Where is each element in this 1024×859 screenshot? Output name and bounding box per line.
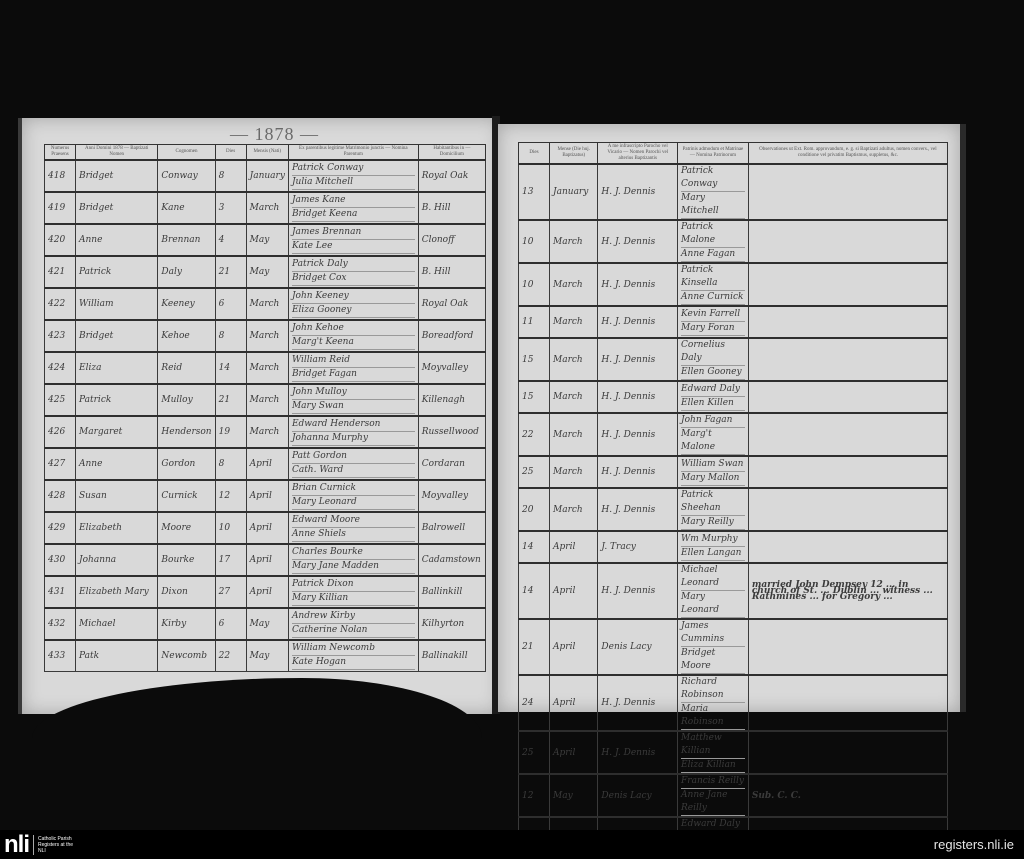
officiating-priest: J. Tracy [598, 531, 678, 563]
birth-month: April [246, 544, 288, 576]
surname: Newcomb [158, 640, 215, 672]
abode: Moyvalley [418, 480, 485, 512]
right-page: DiesMense (Die huj. Baptizatus)A me infr… [498, 124, 966, 712]
parents-names: Edward HendersonJohanna Murphy [288, 416, 418, 448]
godmother-name: Ellen Killen [681, 397, 745, 411]
entry-number: 421 [45, 256, 76, 288]
column-header: Anni Domini 1878 — Baptizati Nomen [76, 145, 158, 161]
abode: B. Hill [418, 192, 485, 224]
mother-name: Eliza Gooney [292, 304, 415, 318]
table-row: 13JanuaryH. J. DennisPatrick ConwayMary … [519, 164, 948, 220]
birth-month: May [246, 640, 288, 672]
sponsors-names: Edward DalyEllen Killen [678, 381, 749, 413]
sponsors-names: Patrick ConwayMary Mitchell [678, 164, 749, 220]
observations [748, 488, 947, 531]
sponsors-names: Patrick KinsellaAnne Curnick [678, 263, 749, 306]
mother-name: Catherine Nolan [292, 624, 415, 638]
table-row: 426MargaretHenderson19MarchEdward Hender… [45, 416, 486, 448]
page-shadow [32, 678, 482, 738]
baptism-day: 15 [519, 381, 550, 413]
table-row: 12MayDenis LacyFrancis ReillyAnne Jane R… [519, 774, 948, 817]
godmother-name: Anne Jane Reilly [681, 789, 745, 816]
observations [748, 263, 947, 306]
birth-month: March [246, 288, 288, 320]
abode: Cadamstown [418, 544, 485, 576]
sponsors-names: Kevin FarrellMary Foran [678, 306, 749, 338]
mother-name: Cath. Ward [292, 464, 415, 478]
table-row: 430JohannaBourke17AprilCharles BourkeMar… [45, 544, 486, 576]
parents-names: William ReidBridget Fagan [288, 352, 418, 384]
birth-day: 17 [215, 544, 246, 576]
surname: Gordon [158, 448, 215, 480]
godmother-name: Ellen Gooney [681, 366, 745, 380]
observations [748, 531, 947, 563]
mother-name: Bridget Fagan [292, 368, 415, 382]
baptism-day: 21 [519, 619, 550, 675]
godfather-name: Matthew Killian [681, 732, 745, 759]
baptism-month: March [550, 413, 598, 456]
birth-month: April [246, 448, 288, 480]
godfather-name: Patrick Kinsella [681, 264, 745, 291]
surname: Kirby [158, 608, 215, 640]
entry-number: 426 [45, 416, 76, 448]
mother-name: Anne Shiels [292, 528, 415, 542]
baptism-day: 22 [519, 413, 550, 456]
child-name: William [76, 288, 158, 320]
column-header: Mensis (Nati) [246, 145, 288, 161]
child-name: Anne [76, 224, 158, 256]
baptism-month: March [550, 263, 598, 306]
table-row: 432MichaelKirby6MayAndrew KirbyCatherine… [45, 608, 486, 640]
father-name: Edward Henderson [292, 418, 415, 432]
birth-month: May [246, 608, 288, 640]
father-name: John Kehoe [292, 322, 415, 336]
godfather-name: Kevin Farrell [681, 308, 745, 322]
entry-number: 418 [45, 160, 76, 192]
baptism-day: 25 [519, 731, 550, 774]
register-book-scan: — 1878 — Numerus PraesensAnni Domini 187… [18, 116, 978, 716]
parents-names: Andrew KirbyCatherine Nolan [288, 608, 418, 640]
abode: Clonoff [418, 224, 485, 256]
mother-name: Kate Hogan [292, 656, 415, 670]
observations [748, 456, 947, 488]
table-row: 14AprilJ. TracyWm MurphyEllen Langan [519, 531, 948, 563]
sponsors-names: Matthew KillianEliza Killian [678, 731, 749, 774]
godfather-name: Wm Murphy [681, 533, 745, 547]
child-name: Patrick [76, 384, 158, 416]
birth-day: 19 [215, 416, 246, 448]
birth-day: 10 [215, 512, 246, 544]
officiating-priest: H. J. Dennis [598, 488, 678, 531]
child-name: Margaret [76, 416, 158, 448]
officiating-priest: Denis Lacy [598, 619, 678, 675]
godfather-name: John Fagan [681, 414, 745, 428]
baptism-month: April [550, 675, 598, 731]
child-name: Elizabeth [76, 512, 158, 544]
nli-logo[interactable]: nli Catholic Parish Registers at the NLI [4, 834, 78, 856]
child-name: Susan [76, 480, 158, 512]
birth-month: April [246, 480, 288, 512]
godmother-name: Eliza Killian [681, 759, 745, 773]
year-heading: — 1878 — [230, 124, 319, 145]
father-name: Patrick Dixon [292, 578, 415, 592]
sponsors-names: Patrick SheehanMary Reilly [678, 488, 749, 531]
godmother-name: Marg't Malone [681, 428, 745, 455]
abode: Russellwood [418, 416, 485, 448]
father-name: Patrick Daly [292, 258, 415, 272]
birth-month: March [246, 192, 288, 224]
table-row: 14AprilH. J. DennisMichael LeonardMary L… [519, 563, 948, 619]
child-name: Patrick [76, 256, 158, 288]
baptism-day: 13 [519, 164, 550, 220]
godmother-name: Maria Robinson [681, 703, 745, 730]
baptism-month: April [550, 531, 598, 563]
godfather-name: Cornelius Daly [681, 339, 745, 366]
table-row: 25AprilH. J. DennisMatthew KillianEliza … [519, 731, 948, 774]
birth-day: 12 [215, 480, 246, 512]
baptism-day: 12 [519, 774, 550, 817]
sponsors-names: James CumminsBridget Moore [678, 619, 749, 675]
column-header: Dies [519, 143, 550, 165]
surname: Daly [158, 256, 215, 288]
baptism-month: March [550, 306, 598, 338]
table-row: 429ElizabethMoore10AprilEdward MooreAnne… [45, 512, 486, 544]
birth-day: 22 [215, 640, 246, 672]
birth-month: March [246, 416, 288, 448]
father-name: Patrick Conway [292, 162, 415, 176]
godfather-name: Richard Robinson [681, 676, 745, 703]
entry-number: 420 [45, 224, 76, 256]
sponsors-names: Patrick MaloneAnne Fagan [678, 220, 749, 263]
father-name: James Kane [292, 194, 415, 208]
parents-names: Charles BourkeMary Jane Madden [288, 544, 418, 576]
father-name: James Brennan [292, 226, 415, 240]
abode: Moyvalley [418, 352, 485, 384]
officiating-priest: H. J. Dennis [598, 164, 678, 220]
officiating-priest: H. J. Dennis [598, 731, 678, 774]
child-name: Patk [76, 640, 158, 672]
godmother-name: Mary Foran [681, 322, 745, 336]
sponsors-names: Wm MurphyEllen Langan [678, 531, 749, 563]
sponsors-names: Cornelius DalyEllen Gooney [678, 338, 749, 381]
godfather-name: William Swan [681, 458, 745, 472]
child-name: Johanna [76, 544, 158, 576]
child-name: Michael [76, 608, 158, 640]
observations [748, 220, 947, 263]
child-name: Bridget [76, 192, 158, 224]
abode: Ballinakill [418, 640, 485, 672]
baptism-day: 14 [519, 531, 550, 563]
godmother-name: Anne Curnick [681, 291, 745, 305]
entry-number: 422 [45, 288, 76, 320]
mother-name: Julia Mitchell [292, 176, 415, 190]
nli-logo-mark: nli [4, 831, 29, 859]
table-row: 20MarchH. J. DennisPatrick SheehanMary R… [519, 488, 948, 531]
surname: Kane [158, 192, 215, 224]
entry-number: 419 [45, 192, 76, 224]
column-header: Patrinis admodum et Matrinae — Nomina Pa… [678, 143, 749, 165]
godfather-name: Patrick Malone [681, 221, 745, 248]
birth-day: 8 [215, 320, 246, 352]
entry-number: 432 [45, 608, 76, 640]
table-row: 433PatkNewcomb22MayWilliam NewcombKate H… [45, 640, 486, 672]
register-image-viewer[interactable]: — 1878 — Numerus PraesensAnni Domini 187… [0, 0, 1024, 830]
entry-number: 430 [45, 544, 76, 576]
father-name: William Reid [292, 354, 415, 368]
officiating-priest: H. J. Dennis [598, 563, 678, 619]
footer-bar: nli Catholic Parish Registers at the NLI… [0, 830, 1024, 859]
godmother-name: Mary Reilly [681, 516, 745, 530]
table-row: 11MarchH. J. DennisKevin FarrellMary For… [519, 306, 948, 338]
birth-month: March [246, 320, 288, 352]
column-header: A me infrascripto Parocho vel Vicario — … [598, 143, 678, 165]
abode: Royal Oak [418, 160, 485, 192]
table-row: 10MarchH. J. DennisPatrick KinsellaAnne … [519, 263, 948, 306]
table-row: 22MarchH. J. DennisJohn FaganMarg't Malo… [519, 413, 948, 456]
parents-names: Edward MooreAnne Shiels [288, 512, 418, 544]
table-row: 419BridgetKane3MarchJames KaneBridget Ke… [45, 192, 486, 224]
baptism-day: 10 [519, 220, 550, 263]
mother-name: Johanna Murphy [292, 432, 415, 446]
column-header: Mense (Die huj. Baptizatus) [550, 143, 598, 165]
godfather-name: Edward Daly [681, 383, 745, 397]
birth-month: April [246, 576, 288, 608]
parents-names: Patrick DalyBridget Cox [288, 256, 418, 288]
column-header: Habitantibus in — Domicilium [418, 145, 485, 161]
table-row: 25MarchH. J. DennisWilliam SwanMary Mall… [519, 456, 948, 488]
birth-day: 4 [215, 224, 246, 256]
surname: Keeney [158, 288, 215, 320]
father-name: Andrew Kirby [292, 610, 415, 624]
child-name: Elizabeth Mary [76, 576, 158, 608]
table-row: 15MarchH. J. DennisEdward DalyEllen Kill… [519, 381, 948, 413]
table-row: 431Elizabeth MaryDixon27AprilPatrick Dix… [45, 576, 486, 608]
mother-name: Mary Killian [292, 592, 415, 606]
father-name: Edward Moore [292, 514, 415, 528]
parents-names: James BrennanKate Lee [288, 224, 418, 256]
parents-names: Brian CurnickMary Leonard [288, 480, 418, 512]
table-row: 15MarchH. J. DennisCornelius DalyEllen G… [519, 338, 948, 381]
observations [748, 381, 947, 413]
entry-number: 433 [45, 640, 76, 672]
abode: Killenagh [418, 384, 485, 416]
parents-names: James KaneBridget Keena [288, 192, 418, 224]
father-name: Brian Curnick [292, 482, 415, 496]
birth-day: 21 [215, 384, 246, 416]
officiating-priest: H. J. Dennis [598, 263, 678, 306]
table-row: 421PatrickDaly21MayPatrick DalyBridget C… [45, 256, 486, 288]
logo-caption: Catholic Parish Registers at the NLI [38, 836, 78, 854]
sponsors-names: Richard RobinsonMaria Robinson [678, 675, 749, 731]
baptism-month: March [550, 488, 598, 531]
baptism-day: 24 [519, 675, 550, 731]
baptism-month: May [550, 774, 598, 817]
mother-name: Marg't Keena [292, 336, 415, 350]
officiating-priest: H. J. Dennis [598, 413, 678, 456]
observations [748, 164, 947, 220]
observations [748, 413, 947, 456]
entry-number: 428 [45, 480, 76, 512]
table-row: 428SusanCurnick12AprilBrian CurnickMary … [45, 480, 486, 512]
entry-number: 423 [45, 320, 76, 352]
table-row: 24AprilH. J. DennisRichard RobinsonMaria… [519, 675, 948, 731]
godmother-name: Mary Mallon [681, 472, 745, 486]
observations [748, 731, 947, 774]
surname: Conway [158, 160, 215, 192]
godmother-name: Bridget Moore [681, 647, 745, 674]
table-row: 423BridgetKehoe8MarchJohn KehoeMarg't Ke… [45, 320, 486, 352]
birth-month: May [246, 224, 288, 256]
table-row: 21AprilDenis LacyJames CumminsBridget Mo… [519, 619, 948, 675]
godfather-name: Francis Reilly [681, 775, 745, 789]
father-name: William Newcomb [292, 642, 415, 656]
entry-number: 424 [45, 352, 76, 384]
mother-name: Bridget Cox [292, 272, 415, 286]
baptism-month: April [550, 563, 598, 619]
abode: Boreadford [418, 320, 485, 352]
baptism-month: March [550, 381, 598, 413]
godmother-name: Mary Leonard [681, 591, 745, 618]
officiating-priest: H. J. Dennis [598, 338, 678, 381]
birth-month: April [246, 512, 288, 544]
godmother-name: Mary Mitchell [681, 192, 745, 219]
godfather-name: Patrick Sheehan [681, 489, 745, 516]
sponsors-names: John FaganMarg't Malone [678, 413, 749, 456]
baptism-day: 10 [519, 263, 550, 306]
abode: Balrowell [418, 512, 485, 544]
godfather-name: Michael Leonard [681, 564, 745, 591]
observations: Sub. C. C. [748, 774, 947, 817]
parents-names: Patrick DixonMary Killian [288, 576, 418, 608]
child-name: Eliza [76, 352, 158, 384]
baptism-month: April [550, 731, 598, 774]
entry-number: 429 [45, 512, 76, 544]
parents-names: John MulloyMary Swan [288, 384, 418, 416]
birth-day: 8 [215, 160, 246, 192]
abode: Cordaran [418, 448, 485, 480]
godfather-name: James Cummins [681, 620, 745, 647]
parents-names: Patrick ConwayJulia Mitchell [288, 160, 418, 192]
godmother-name: Anne Fagan [681, 248, 745, 262]
surname: Kehoe [158, 320, 215, 352]
surname: Bourke [158, 544, 215, 576]
abode: B. Hill [418, 256, 485, 288]
parents-names: John KeeneyEliza Gooney [288, 288, 418, 320]
surname: Henderson [158, 416, 215, 448]
table-row: 427AnneGordon8AprilPatt GordonCath. Ward… [45, 448, 486, 480]
entry-number: 425 [45, 384, 76, 416]
sponsors-names: Michael LeonardMary Leonard [678, 563, 749, 619]
baptism-day: 20 [519, 488, 550, 531]
baptism-month: March [550, 220, 598, 263]
surname: Moore [158, 512, 215, 544]
site-url-link[interactable]: registers.nli.ie [934, 837, 1014, 852]
birth-day: 8 [215, 448, 246, 480]
observations [748, 619, 947, 675]
father-name: Patt Gordon [292, 450, 415, 464]
birth-day: 14 [215, 352, 246, 384]
parents-names: William NewcombKate Hogan [288, 640, 418, 672]
observations [748, 306, 947, 338]
birth-month: May [246, 256, 288, 288]
birth-day: 27 [215, 576, 246, 608]
baptism-day: 15 [519, 338, 550, 381]
column-header: Ex parentibus legitime Matrimonio juncti… [288, 145, 418, 161]
surname: Dixon [158, 576, 215, 608]
entry-number: 431 [45, 576, 76, 608]
baptism-month: March [550, 338, 598, 381]
baptism-month: March [550, 456, 598, 488]
mother-name: Mary Swan [292, 400, 415, 414]
column-header: Numerus Praesens [45, 145, 76, 161]
table-row: 422WilliamKeeney6MarchJohn KeeneyEliza G… [45, 288, 486, 320]
child-name: Bridget [76, 160, 158, 192]
surname: Mulloy [158, 384, 215, 416]
table-row: 420AnneBrennan4MayJames BrennanKate LeeC… [45, 224, 486, 256]
mother-name: Mary Jane Madden [292, 560, 415, 574]
officiating-priest: H. J. Dennis [598, 456, 678, 488]
column-header: Dies [215, 145, 246, 161]
officiating-priest: H. J. Dennis [598, 306, 678, 338]
baptism-day: 11 [519, 306, 550, 338]
abode: Royal Oak [418, 288, 485, 320]
birth-month: January [246, 160, 288, 192]
child-name: Anne [76, 448, 158, 480]
column-header: Cognomen [158, 145, 215, 161]
left-page: — 1878 — Numerus PraesensAnni Domini 187… [18, 118, 500, 714]
table-row: 425PatrickMulloy21MarchJohn MulloyMary S… [45, 384, 486, 416]
father-name: John Mulloy [292, 386, 415, 400]
table-row: 418BridgetConway8JanuaryPatrick ConwayJu… [45, 160, 486, 192]
mother-name: Kate Lee [292, 240, 415, 254]
godfather-name: Patrick Conway [681, 165, 745, 192]
parents-names: John KehoeMarg't Keena [288, 320, 418, 352]
column-header: Observationes ut Ext. Rom. approvandum, … [748, 143, 947, 165]
baptism-table-left: Numerus PraesensAnni Domini 1878 — Bapti… [44, 144, 486, 672]
birth-day: 6 [215, 608, 246, 640]
baptism-day: 25 [519, 456, 550, 488]
officiating-priest: H. J. Dennis [598, 381, 678, 413]
birth-day: 21 [215, 256, 246, 288]
child-name: Bridget [76, 320, 158, 352]
surname: Reid [158, 352, 215, 384]
birth-day: 6 [215, 288, 246, 320]
mother-name: Bridget Keena [292, 208, 415, 222]
abode: Ballinkill [418, 576, 485, 608]
surname: Curnick [158, 480, 215, 512]
logo-divider [33, 835, 34, 855]
officiating-priest: H. J. Dennis [598, 220, 678, 263]
abode: Kilhyrton [418, 608, 485, 640]
mother-name: Mary Leonard [292, 496, 415, 510]
baptism-table-right: DiesMense (Die huj. Baptizatus)A me infr… [518, 142, 948, 859]
parents-names: Patt GordonCath. Ward [288, 448, 418, 480]
father-name: John Keeney [292, 290, 415, 304]
father-name: Charles Bourke [292, 546, 415, 560]
observations [748, 675, 947, 731]
entry-number: 427 [45, 448, 76, 480]
officiating-priest: H. J. Dennis [598, 675, 678, 731]
surname: Brennan [158, 224, 215, 256]
birth-month: March [246, 352, 288, 384]
table-row: 10MarchH. J. DennisPatrick MaloneAnne Fa… [519, 220, 948, 263]
birth-month: March [246, 384, 288, 416]
baptism-month: April [550, 619, 598, 675]
observations [748, 338, 947, 381]
officiating-priest: Denis Lacy [598, 774, 678, 817]
baptism-month: January [550, 164, 598, 220]
observations: married John Dempsey 12 ... in church of… [748, 563, 947, 619]
